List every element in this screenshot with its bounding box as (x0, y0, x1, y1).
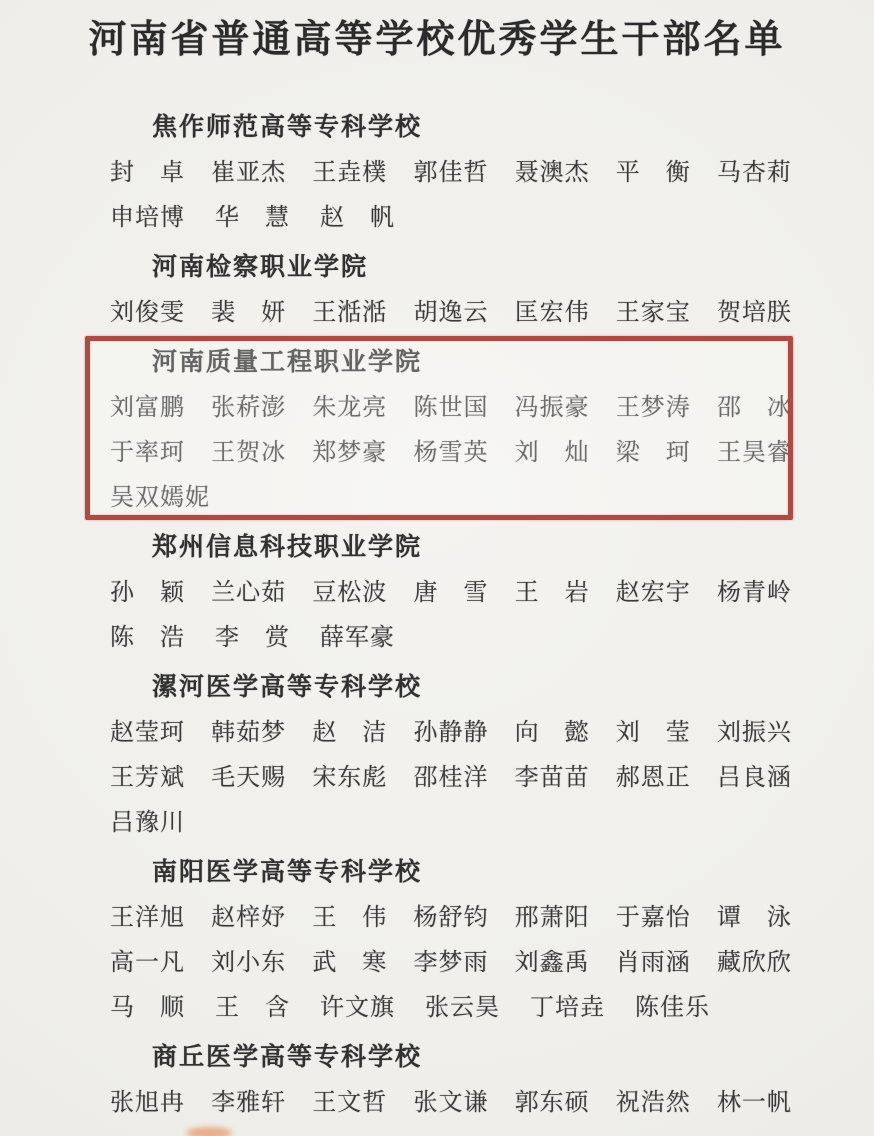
names-row: 赵莹珂韩茹梦赵 洁孙静静向 懿刘 莹刘振兴 (110, 710, 792, 755)
person-name: 马杏莉 (717, 150, 792, 195)
person-name: 王梦涛 (616, 385, 691, 430)
person-name: 王文哲 (312, 1080, 387, 1125)
person-name: 吴双嫣妮 (110, 475, 210, 520)
person-name: 聂澳杰 (515, 150, 590, 195)
person-name: 王垚樸 (312, 150, 387, 195)
person-name: 吕良涵 (717, 755, 792, 800)
person-name: 陈世国 (413, 385, 488, 430)
section-nanyang-medical-college: 南阳医学高等专科学校 王洋旭赵梓妤王 伟杨舒钧邢萧阳于嘉怡谭 泳 高一凡刘小东武… (0, 850, 874, 1030)
person-name: 郑梦豪 (312, 430, 387, 475)
school-name-heading: 漯河医学高等专科学校 (152, 665, 874, 710)
names-row: 王芳斌毛天赐宋东彪邵桂洋李苗苗郝恩正吕良涵 (110, 755, 792, 800)
school-name-heading: 郑州信息科技职业学院 (152, 525, 874, 570)
names-row: 刘富鹏张菥澎朱龙亮陈世国冯振豪王梦涛邵 冰 (110, 385, 792, 430)
person-name: 申培博 (110, 195, 185, 240)
names-row: 高一凡刘小东武 寒李梦雨刘鑫禹肖雨涵藏欣欣 (110, 940, 792, 985)
person-name: 唐 雪 (413, 570, 488, 615)
person-name: 宋东彪 (312, 755, 387, 800)
person-name: 刘富鹏 (110, 385, 185, 430)
names-row: 刘俊雯裴 妍王湉湉胡逸云匡宏伟王家宝贺培朕 (110, 290, 792, 335)
person-name: 邢萧阳 (515, 895, 590, 940)
person-name: 匡宏伟 (515, 290, 590, 335)
person-name: 陈 浩 (110, 615, 185, 660)
person-name: 谭 泳 (717, 895, 792, 940)
person-name: 于率珂 (110, 430, 185, 475)
person-name: 赵宏宇 (616, 570, 691, 615)
person-name: 王家宝 (616, 290, 691, 335)
person-name: 封 卓 (110, 150, 185, 195)
names-row: 陈 浩李 赏薛军豪 (110, 615, 792, 660)
person-name: 毛天赐 (211, 755, 286, 800)
person-name: 薛军豪 (320, 615, 395, 660)
names-row: 马 顺王 含许文旗张云昊丁培垚陈佳乐 (110, 985, 792, 1030)
names-row: 张旭冉李雅轩王文哲张文谦郭东硕祝浩然林一帆 (110, 1080, 792, 1125)
section-luohe-medical-college: 漯河医学高等专科学校 赵莹珂韩茹梦赵 洁孙静静向 懿刘 莹刘振兴 王芳斌毛天赐宋… (0, 665, 874, 845)
person-name: 平 衡 (616, 150, 691, 195)
person-name: 肖雨涵 (616, 940, 691, 985)
person-name: 郝恩正 (616, 755, 691, 800)
person-name: 郭东硕 (515, 1080, 590, 1125)
person-name: 郭佳哲 (413, 150, 488, 195)
person-name: 华 慧 (215, 195, 290, 240)
person-name: 赵梓妤 (211, 895, 286, 940)
names-row: 吕豫川 (110, 800, 792, 845)
person-name: 赵莹珂 (110, 710, 185, 755)
person-name: 林一帆 (717, 1080, 792, 1125)
person-name: 贺培朕 (717, 290, 792, 335)
person-name: 刘振兴 (717, 710, 792, 755)
person-name: 梁 珂 (616, 430, 691, 475)
person-name: 刘 莹 (616, 710, 691, 755)
person-name: 韩茹梦 (211, 710, 286, 755)
person-name: 武 寒 (312, 940, 387, 985)
names-row: 于率珂王贺冰郑梦豪杨雪英刘 灿梁 珂王昊睿 (110, 430, 792, 475)
section-henan-procuratorial-college: 河南检察职业学院 刘俊雯裴 妍王湉湉胡逸云匡宏伟王家宝贺培朕 (0, 245, 874, 335)
scanned-document-page: 河南省普通高等学校优秀学生干部名单 焦作师范高等专科学校 封 卓崔亚杰王垚樸郭佳… (0, 0, 874, 1136)
names-row: 孙 颖兰心茹豆松波唐 雪王 岩赵宏宇杨青岭 (110, 570, 792, 615)
names-row: 封 卓崔亚杰王垚樸郭佳哲聂澳杰平 衡马杏莉 (110, 150, 792, 195)
school-name-heading: 商丘医学高等专科学校 (152, 1035, 874, 1080)
person-name: 王贺冰 (211, 430, 286, 475)
person-name: 张云昊 (425, 985, 500, 1030)
person-name: 陈佳乐 (635, 985, 710, 1030)
person-name: 崔亚杰 (211, 150, 286, 195)
page-title: 河南省普通高等学校优秀学生干部名单 (0, 14, 874, 66)
names-row: 申培博华 慧赵 帆 (110, 195, 792, 240)
person-name: 赵 洁 (312, 710, 387, 755)
document-body: 河南省普通高等学校优秀学生干部名单 焦作师范高等专科学校 封 卓崔亚杰王垚樸郭佳… (0, 14, 874, 1125)
person-name: 于嘉怡 (616, 895, 691, 940)
person-name: 冯振豪 (515, 385, 590, 430)
person-name: 刘鑫禹 (515, 940, 590, 985)
person-name: 兰心茹 (211, 570, 286, 615)
person-name: 王 伟 (312, 895, 387, 940)
person-name: 李梦雨 (413, 940, 488, 985)
person-name: 祝浩然 (616, 1080, 691, 1125)
person-name: 邵桂洋 (413, 755, 488, 800)
names-row: 吴双嫣妮 (110, 475, 792, 520)
person-name: 李 赏 (215, 615, 290, 660)
person-name: 张菥澎 (211, 385, 286, 430)
person-name: 马 顺 (110, 985, 185, 1030)
section-shangqiu-medical-college: 商丘医学高等专科学校 张旭冉李雅轩王文哲张文谦郭东硕祝浩然林一帆 (0, 1035, 874, 1125)
section-zhengzhou-info-tech-college: 郑州信息科技职业学院 孙 颖兰心茹豆松波唐 雪王 岩赵宏宇杨青岭 陈 浩李 赏薛… (0, 525, 874, 660)
person-name: 刘小东 (211, 940, 286, 985)
section-jiaozuo-teachers-college: 焦作师范高等专科学校 封 卓崔亚杰王垚樸郭佳哲聂澳杰平 衡马杏莉 申培博华 慧赵… (0, 105, 874, 240)
person-name: 王 含 (215, 985, 290, 1030)
person-name: 刘 灿 (515, 430, 590, 475)
person-name: 孙 颖 (110, 570, 185, 615)
school-name-heading: 河南质量工程职业学院 (152, 340, 874, 385)
school-name-heading: 南阳医学高等专科学校 (152, 850, 874, 895)
person-name: 豆松波 (312, 570, 387, 615)
person-name: 张文谦 (413, 1080, 488, 1125)
person-name: 王昊睿 (717, 430, 792, 475)
person-name: 邵 冰 (717, 385, 792, 430)
person-name: 张旭冉 (110, 1080, 185, 1125)
person-name: 向 懿 (515, 710, 590, 755)
cutoff-red-smudge (186, 1127, 232, 1136)
person-name: 许文旗 (320, 985, 395, 1030)
person-name: 胡逸云 (413, 290, 488, 335)
person-name: 藏欣欣 (717, 940, 792, 985)
person-name: 杨雪英 (413, 430, 488, 475)
person-name: 朱龙亮 (312, 385, 387, 430)
person-name: 杨青岭 (717, 570, 792, 615)
person-name: 王洋旭 (110, 895, 185, 940)
person-name: 李苗苗 (515, 755, 590, 800)
person-name: 王湉湉 (312, 290, 387, 335)
person-name: 孙静静 (413, 710, 488, 755)
person-name: 刘俊雯 (110, 290, 185, 335)
person-name: 吕豫川 (110, 800, 185, 845)
person-name: 王 岩 (515, 570, 590, 615)
person-name: 高一凡 (110, 940, 185, 985)
person-name: 王芳斌 (110, 755, 185, 800)
names-row: 王洋旭赵梓妤王 伟杨舒钧邢萧阳于嘉怡谭 泳 (110, 895, 792, 940)
person-name: 丁培垚 (530, 985, 605, 1030)
person-name: 杨舒钧 (413, 895, 488, 940)
section-henan-quality-engineering-college: 河南质量工程职业学院 刘富鹏张菥澎朱龙亮陈世国冯振豪王梦涛邵 冰 于率珂王贺冰郑… (0, 340, 874, 520)
school-name-heading: 焦作师范高等专科学校 (152, 105, 874, 150)
school-name-heading: 河南检察职业学院 (152, 245, 874, 290)
person-name: 李雅轩 (211, 1080, 286, 1125)
person-name: 赵 帆 (320, 195, 395, 240)
person-name: 裴 妍 (211, 290, 286, 335)
